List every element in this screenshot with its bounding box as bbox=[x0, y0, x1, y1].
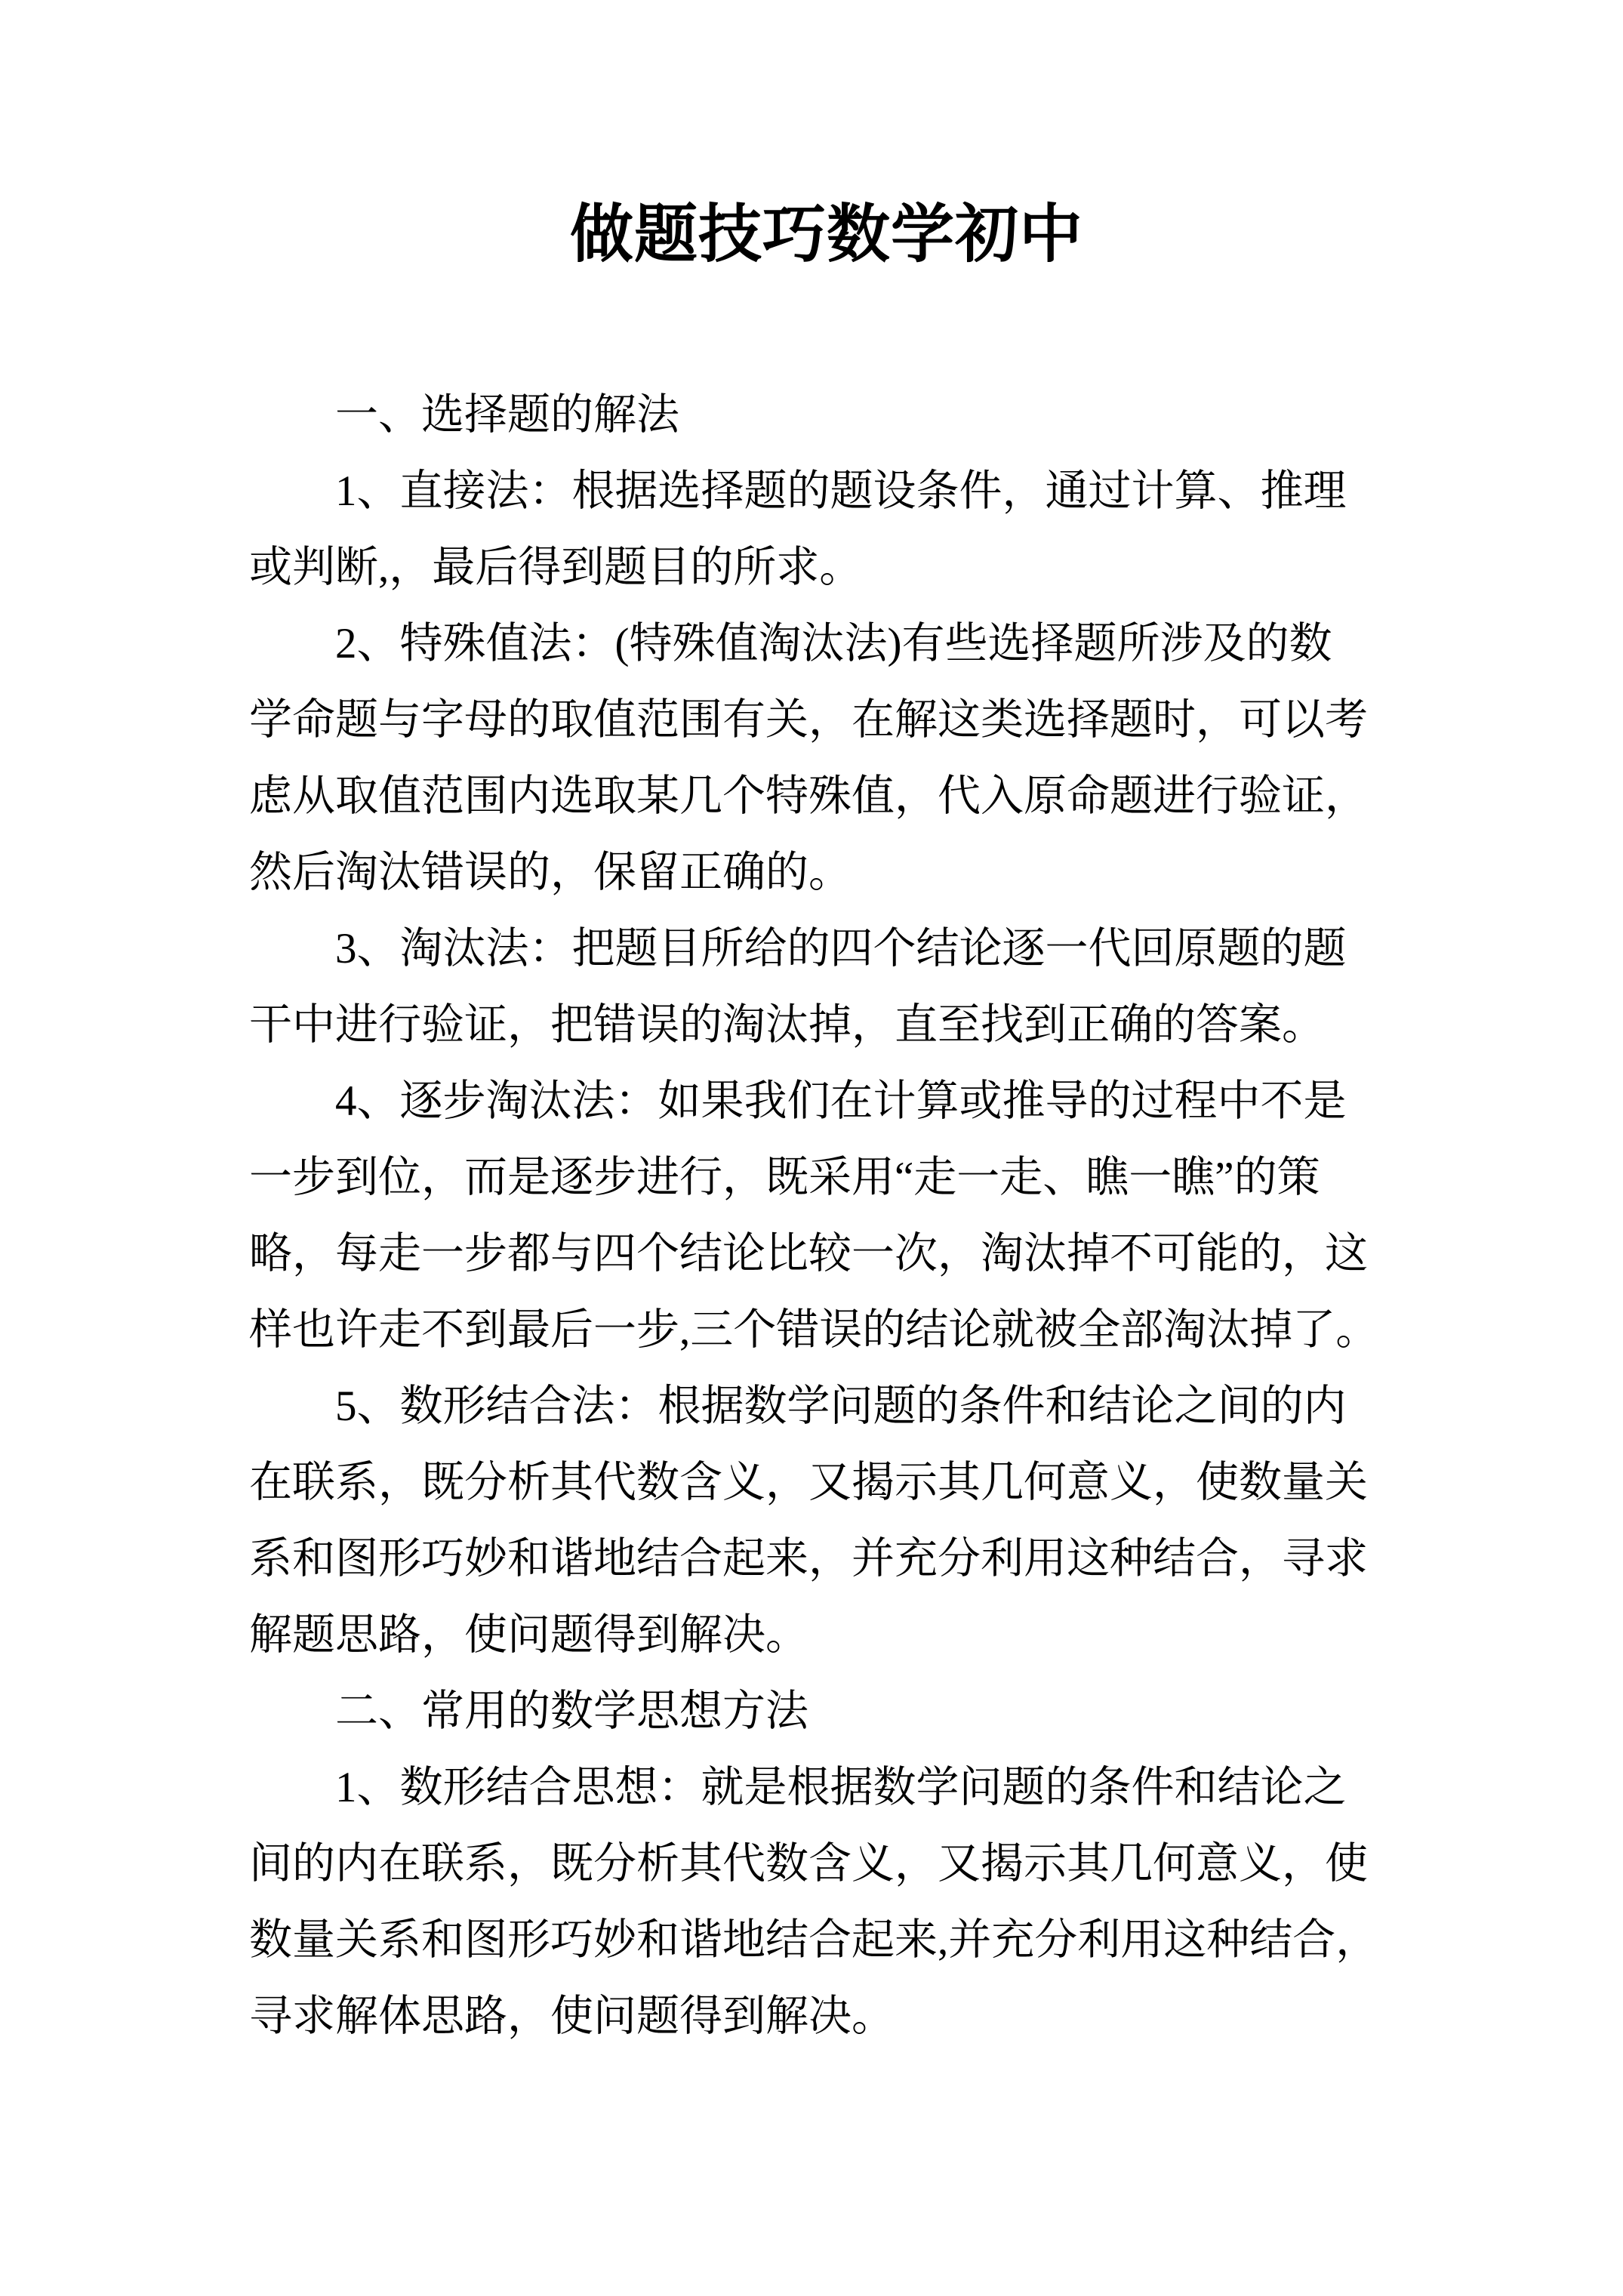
paragraph-line: 3、淘汰法：把题目所给的四个结论逐一代回原题的题 bbox=[249, 911, 1532, 987]
paragraph-line: 在联系，既分析其代数含义，又揭示其几何意义，使数量关 bbox=[249, 1444, 1532, 1521]
paragraph-line: 解题思路，使问题得到解决。 bbox=[249, 1597, 1532, 1673]
document-body: 一、选择题的解法 1、直接法：根据选择题的题设条件，通过计算、推理 或判断,，最… bbox=[249, 377, 1532, 2054]
document-page: 做题技巧数学初中 一、选择题的解法 1、直接法：根据选择题的题设条件，通过计算、… bbox=[0, 0, 1623, 2296]
paragraph-line: 1、直接法：根据选择题的题设条件，通过计算、推理 bbox=[249, 453, 1532, 529]
paragraph-line: 略，每走一步都与四个结论比较一次，淘汰掉不可能的，这 bbox=[249, 1216, 1532, 1292]
paragraph-line: 样也许走不到最后一步,三个错误的结论就被全部淘汰掉了。 bbox=[249, 1292, 1532, 1368]
section-heading: 一、选择题的解法 bbox=[249, 377, 1532, 453]
paragraph-line: 4、逐步淘汰法：如果我们在计算或推导的过程中不是 bbox=[249, 1063, 1532, 1139]
paragraph-line: 干中进行验证，把错误的淘汰掉，直至找到正确的答案。 bbox=[249, 987, 1532, 1063]
paragraph-line: 数量关系和图形巧妙和谐地结合起来,并充分利用这种结合， bbox=[249, 1902, 1532, 1978]
paragraph-line: 5、数形结合法：根据数学问题的条件和结论之间的内 bbox=[249, 1368, 1532, 1444]
paragraph-line: 系和图形巧妙和谐地结合起来，并充分利用这种结合，寻求 bbox=[249, 1521, 1532, 1597]
paragraph-line: 虑从取值范围内选取某几个特殊值，代入原命题进行验证， bbox=[249, 758, 1532, 834]
paragraph-line: 寻求解体思路，使问题得到解决。 bbox=[249, 1978, 1532, 2054]
document-title: 做题技巧数学初中 bbox=[0, 201, 1623, 270]
paragraph-line: 学命题与字母的取值范围有关，在解这类选择题时，可以考 bbox=[249, 682, 1532, 758]
paragraph-line: 间的内在联系，既分析其代数含义，又揭示其几何意义，使 bbox=[249, 1826, 1532, 1902]
paragraph-line: 一步到位，而是逐步进行，既采用“走一走、瞧一瞧”的策 bbox=[249, 1139, 1532, 1216]
paragraph-line: 或判断,，最后得到题目的所求。 bbox=[249, 529, 1532, 606]
section-heading: 二、常用的数学思想方法 bbox=[249, 1673, 1532, 1749]
paragraph-line: 1、数形结合思想：就是根据数学问题的条件和结论之 bbox=[249, 1749, 1532, 1826]
paragraph-line: 2、特殊值法：(特殊值淘汰法)有些选择题所涉及的数 bbox=[249, 606, 1532, 682]
paragraph-line: 然后淘汰错误的，保留正确的。 bbox=[249, 834, 1532, 911]
